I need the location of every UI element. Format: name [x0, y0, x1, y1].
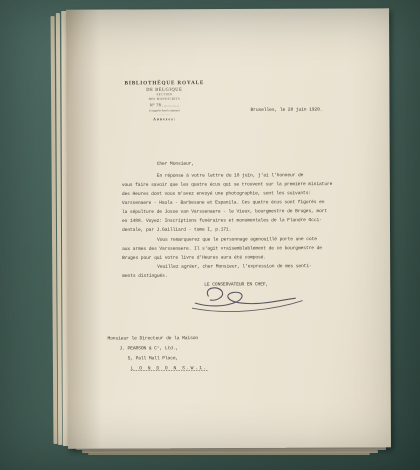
handwritten-signature	[191, 285, 306, 318]
letterhead-annex-label: Annexes:	[95, 116, 235, 121]
letterhead: BIBLIOTHÈQUE ROYALE DE BELGIQUE SECTION …	[94, 80, 234, 122]
letterhead-section-line1: SECTION	[94, 93, 234, 97]
photo-of-letter: BIBLIOTHÈQUE ROYALE DE BELGIQUE SECTION …	[0, 0, 420, 470]
salutation: Cher Monsieur,	[122, 158, 358, 168]
letterhead-institution-line2: DE BELGIQUE	[94, 86, 234, 92]
letterhead-dotted-rule: ............	[94, 112, 234, 116]
letter-page: BIBLIOTHÈQUE ROYALE DE BELGIQUE SECTION …	[66, 8, 391, 448]
recipient-line: J. PEARSON & C°, Ltd.,	[120, 343, 208, 353]
page-edge	[88, 453, 370, 455]
recipient-line: Monsieur le Directeur de la Maison	[107, 333, 207, 343]
body-line: dentale, par J.Gailliard - tome I, p.171…	[122, 224, 358, 234]
recipient-address: Monsieur le Directeur de la Maison J. PE…	[107, 333, 207, 373]
letter-body: Cher Monsieur, En réponse à votre lettre…	[122, 158, 359, 289]
letterhead-reference-number: N° 78 .............	[94, 102, 234, 108]
recipient-line: 5, Pall Mall Place,	[128, 353, 208, 363]
letterhead-institution-line1: BIBLIOTHÈQUE ROYALE	[94, 80, 234, 86]
letterhead-section-line2: DES MANUSCRITS	[94, 97, 234, 101]
recipient-line: L O N D O N S.W.1.	[131, 363, 208, 373]
date-line: Bruxelles, le 28 juin 1920.	[250, 107, 322, 113]
